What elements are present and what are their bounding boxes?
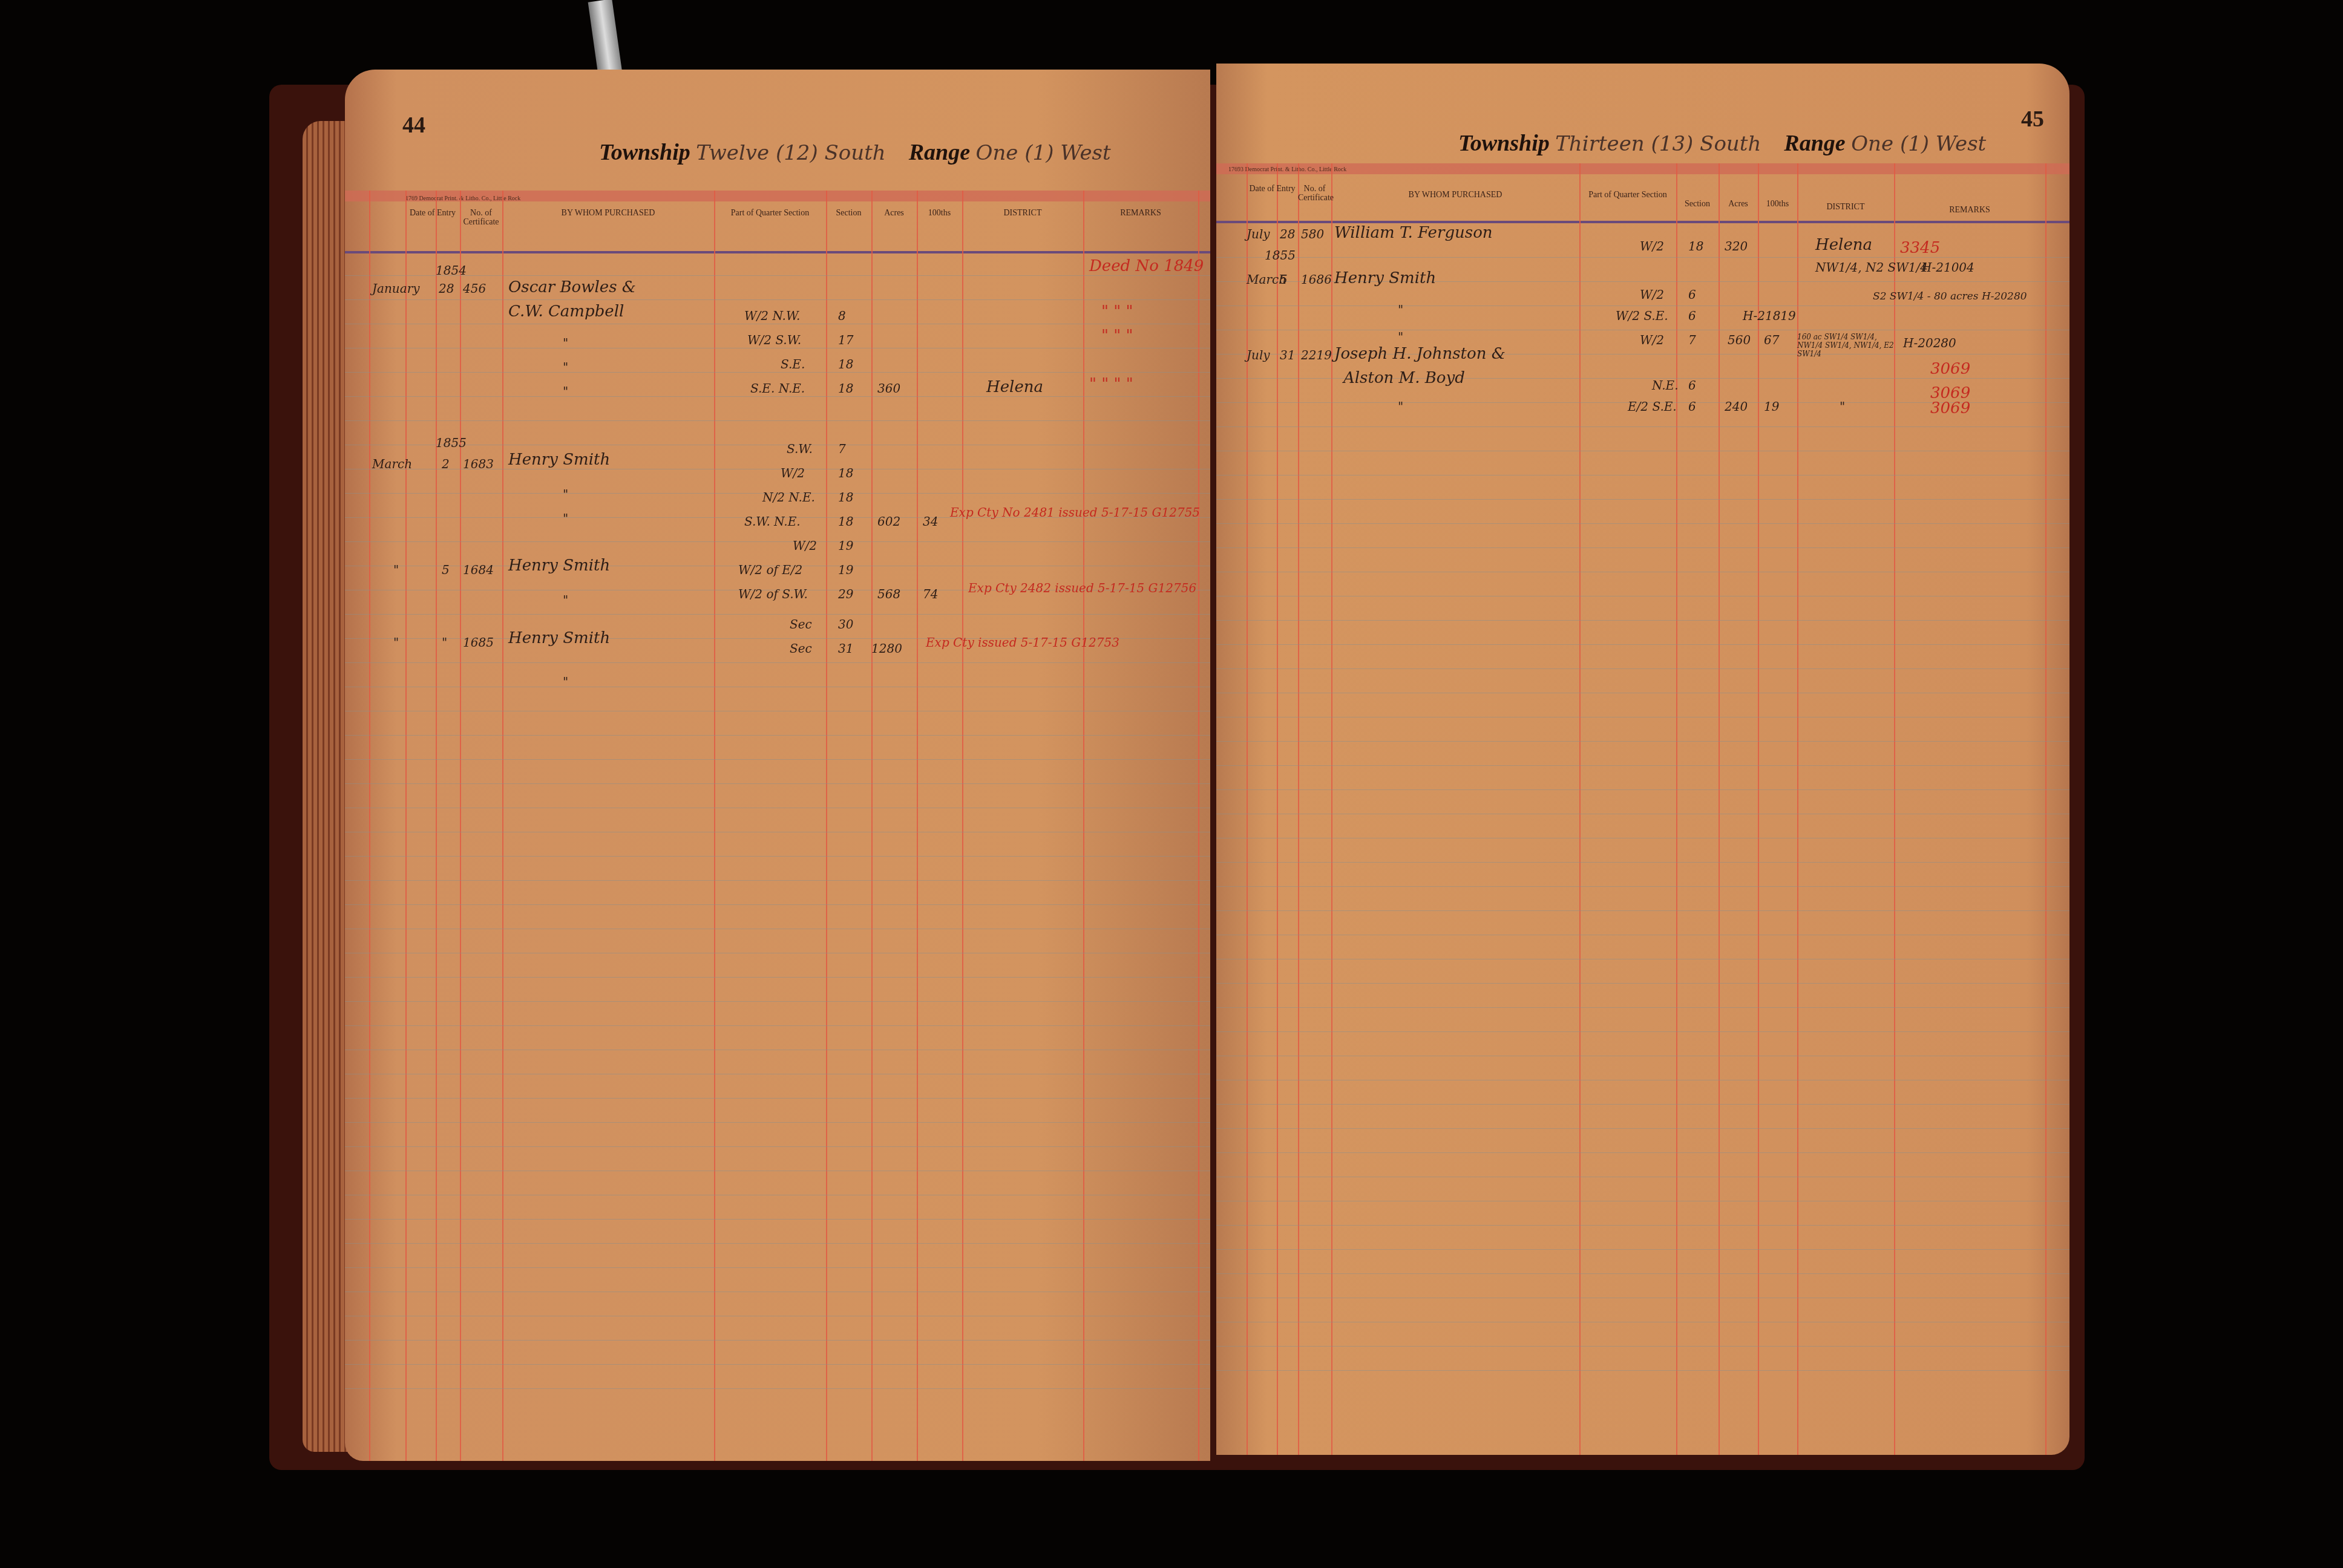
entry-day: 28 — [1280, 227, 1295, 241]
entry-purchaser: " — [1398, 330, 1403, 344]
header-part: Part of Quarter Section — [714, 209, 826, 218]
header-acres: Acres — [871, 209, 917, 218]
entry-part: N/2 N.E. — [762, 490, 815, 505]
entry-section: 19 — [838, 538, 853, 553]
entry-hundredths: 67 — [1764, 333, 1779, 347]
entry-certificate: 2219 — [1301, 348, 1332, 362]
entry-part: Sec — [790, 641, 812, 656]
entry-part: W/2 — [781, 466, 805, 480]
entry-purchaser: " — [563, 384, 568, 399]
entry-remarks: " " " — [1101, 327, 1133, 345]
entry-section: 30 — [838, 617, 853, 632]
entry-purchaser: Oscar Bowles & — [508, 278, 636, 296]
entry-acres: 1280 — [871, 641, 902, 656]
entry-section: 18 — [1688, 239, 1703, 253]
entry-purchaser: Henry Smith — [508, 451, 610, 469]
entry-part: W/2 — [1640, 333, 1664, 347]
entry-district: 160 ac SW1/4 SW1/4, NW1/4 SW1/4, NW1/4, … — [1797, 333, 1894, 358]
entry-purchaser: C.W. Campbell — [508, 302, 624, 321]
header-section: Section — [826, 209, 871, 218]
header-district: DISTRICT — [1797, 203, 1894, 212]
entry-certificate: 456 — [463, 281, 486, 296]
entry-acres: 560 — [1728, 333, 1751, 347]
entry-district: Helena — [986, 378, 1043, 396]
page-number: 45 — [2021, 106, 2044, 132]
entry-acres: 568 — [877, 587, 900, 601]
entry-remarks: " " " — [1101, 302, 1133, 321]
entry-part: N.E. — [1652, 378, 1679, 393]
entry-section: 29 — [838, 587, 853, 601]
entry-section: 18 — [838, 381, 853, 396]
entry-hundredths: 19 — [1764, 399, 1779, 414]
entry-day: " — [442, 635, 447, 650]
entry-purchaser: Henry Smith — [508, 557, 610, 575]
entry-part: Sec — [790, 617, 812, 632]
entry-part: W/2 — [1640, 287, 1664, 302]
entry-remarks: 3069 — [1930, 360, 1970, 378]
header-certificate: No. of Certificate — [1298, 185, 1331, 203]
entry-purchaser: Joseph H. Johnston & — [1334, 345, 1506, 363]
entry-day: 5 — [442, 563, 450, 577]
entry-part: W/2 of E/2 — [738, 563, 802, 577]
entry-district: NW1/4, N2 SW1/4 — [1815, 260, 1928, 275]
entry-purchaser: " — [1398, 302, 1403, 317]
header-rule — [345, 251, 1210, 253]
entry-day: 28 — [439, 281, 454, 296]
entry-section: 7 — [838, 442, 846, 456]
township-value: Thirteen (13) South — [1555, 132, 1761, 156]
header-remarks: REMARKS — [1083, 209, 1198, 218]
entry-section: 31 — [838, 641, 853, 656]
entry-remarks: S2 SW1/4 - 80 acres H-20280 — [1873, 290, 2027, 302]
entry-section: 19 — [838, 563, 853, 577]
entry-section: 6 — [1688, 287, 1696, 302]
entry-remarks: " " " " — [1089, 375, 1133, 393]
header-certificate: No. of Certificate — [460, 209, 502, 227]
entry-certificate: 1685 — [463, 635, 494, 650]
entry-part: W/2 S.E. — [1616, 309, 1668, 323]
entry-purchaser: " — [563, 593, 568, 607]
entry-purchaser: Henry Smith — [508, 629, 610, 647]
entry-year: 1854 — [436, 263, 467, 278]
entry-part: W/2 — [1640, 239, 1664, 253]
entry-remarks: Exp Cty No 2481 issued 5-17-15 G12755 — [950, 505, 1200, 520]
entry-month: " — [393, 635, 399, 650]
entry-purchaser: Alston M. Boyd — [1343, 369, 1465, 387]
entry-purchaser: " — [563, 675, 568, 689]
entry-section: 6 — [1688, 399, 1696, 414]
entry-part: S.W. — [787, 442, 813, 456]
entry-purchaser: " — [1398, 399, 1403, 414]
entry-part: S.W. N.E. — [744, 514, 801, 529]
entry-day: 5 — [1280, 272, 1288, 287]
header-rule — [1216, 221, 2069, 223]
entry-day: 2 — [442, 457, 450, 471]
header-purchaser: BY WHOM PURCHASED — [1331, 191, 1579, 200]
entry-purchaser: " — [563, 487, 568, 501]
entry-remarks: Exp Cty 2482 issued 5-17-15 G12756 — [968, 581, 1196, 595]
township-heading: Township Thirteen (13) South Range One (… — [1458, 130, 1986, 157]
header-acres: Acres — [1719, 200, 1758, 209]
entry-remarks: H-21004 — [1921, 260, 1974, 275]
entry-acres: 320 — [1725, 239, 1748, 253]
page-number: 44 — [402, 112, 425, 139]
right-page: 45 Township Thirteen (13) South Range On… — [1216, 64, 2069, 1455]
entry-section: 18 — [838, 357, 853, 371]
entry-district: " — [1840, 399, 1845, 414]
entry-district: Helena — [1815, 236, 1872, 254]
entry-part: W/2 of S.W. — [738, 587, 808, 601]
entry-month: July — [1247, 348, 1270, 362]
entry-part: W/2 N.W. — [744, 309, 800, 323]
entry-purchaser: Henry Smith — [1334, 269, 1436, 287]
header-date: Date of Entry — [405, 209, 460, 218]
entry-remarks: 3345 — [1900, 239, 1940, 257]
entry-section: 18 — [838, 514, 853, 529]
header-hundredths: 100ths — [1758, 200, 1797, 209]
entry-purchaser: William T. Ferguson — [1334, 224, 1493, 242]
entry-section: 18 — [838, 490, 853, 505]
header-date: Date of Entry — [1247, 185, 1298, 194]
entry-section: 6 — [1688, 309, 1696, 323]
entry-acres: H-21819 — [1743, 309, 1796, 323]
entry-section: 6 — [1688, 378, 1696, 393]
entry-part: W/2 S.W. — [747, 333, 801, 347]
entry-hundredths: 74 — [923, 587, 938, 601]
header-part: Part of Quarter Section — [1579, 191, 1676, 200]
entry-remarks: H-20280 — [1903, 336, 1956, 350]
range-value: One (1) West — [976, 141, 1111, 165]
entry-remarks: 3069 — [1930, 399, 1970, 417]
left-page: 44 Township Twelve (12) South Range One … — [345, 70, 1210, 1461]
entry-hundredths: 34 — [923, 514, 938, 529]
entry-section: 7 — [1688, 333, 1696, 347]
header-district: DISTRICT — [962, 209, 1083, 218]
entry-month: March — [372, 457, 412, 471]
entry-certificate: 1684 — [463, 563, 494, 577]
entry-part: S.E. N.E. — [750, 381, 805, 396]
entry-part: S.E. — [781, 357, 805, 371]
entry-section: 8 — [838, 309, 846, 323]
township-value: Twelve (12) South — [696, 141, 886, 165]
entry-purchaser: " — [563, 336, 568, 350]
entry-certificate: 1683 — [463, 457, 494, 471]
entry-day: 31 — [1280, 348, 1295, 362]
entry-section: 18 — [838, 466, 853, 480]
township-heading: Township Twelve (12) South Range One (1)… — [599, 139, 1111, 166]
entry-certificate: 1686 — [1301, 272, 1332, 287]
entry-certificate: 580 — [1301, 227, 1324, 241]
entry-part: E/2 S.E. — [1628, 399, 1677, 414]
entry-month: January — [372, 281, 420, 296]
entry-month: July — [1247, 227, 1270, 241]
entry-remarks: Deed No 1849 — [1089, 257, 1204, 275]
entry-purchaser: " — [563, 360, 568, 374]
entry-year: 1855 — [1265, 248, 1296, 263]
entry-remarks: Exp Cty issued 5-17-15 G12753 — [926, 635, 1119, 650]
entry-month: " — [393, 563, 399, 577]
entry-purchaser: " — [563, 511, 568, 526]
header-section: Section — [1676, 200, 1719, 209]
range-value: One (1) West — [1851, 132, 1986, 156]
header-hundredths: 100ths — [917, 209, 962, 218]
header-purchaser: BY WHOM PURCHASED — [502, 209, 714, 218]
entry-year: 1855 — [436, 436, 467, 450]
entry-acres: 602 — [877, 514, 900, 529]
entry-acres: 360 — [877, 381, 900, 396]
entry-part: W/2 — [793, 538, 817, 553]
entry-section: 17 — [838, 333, 853, 347]
entry-acres: 240 — [1725, 399, 1748, 414]
header-remarks: REMARKS — [1894, 206, 2045, 215]
